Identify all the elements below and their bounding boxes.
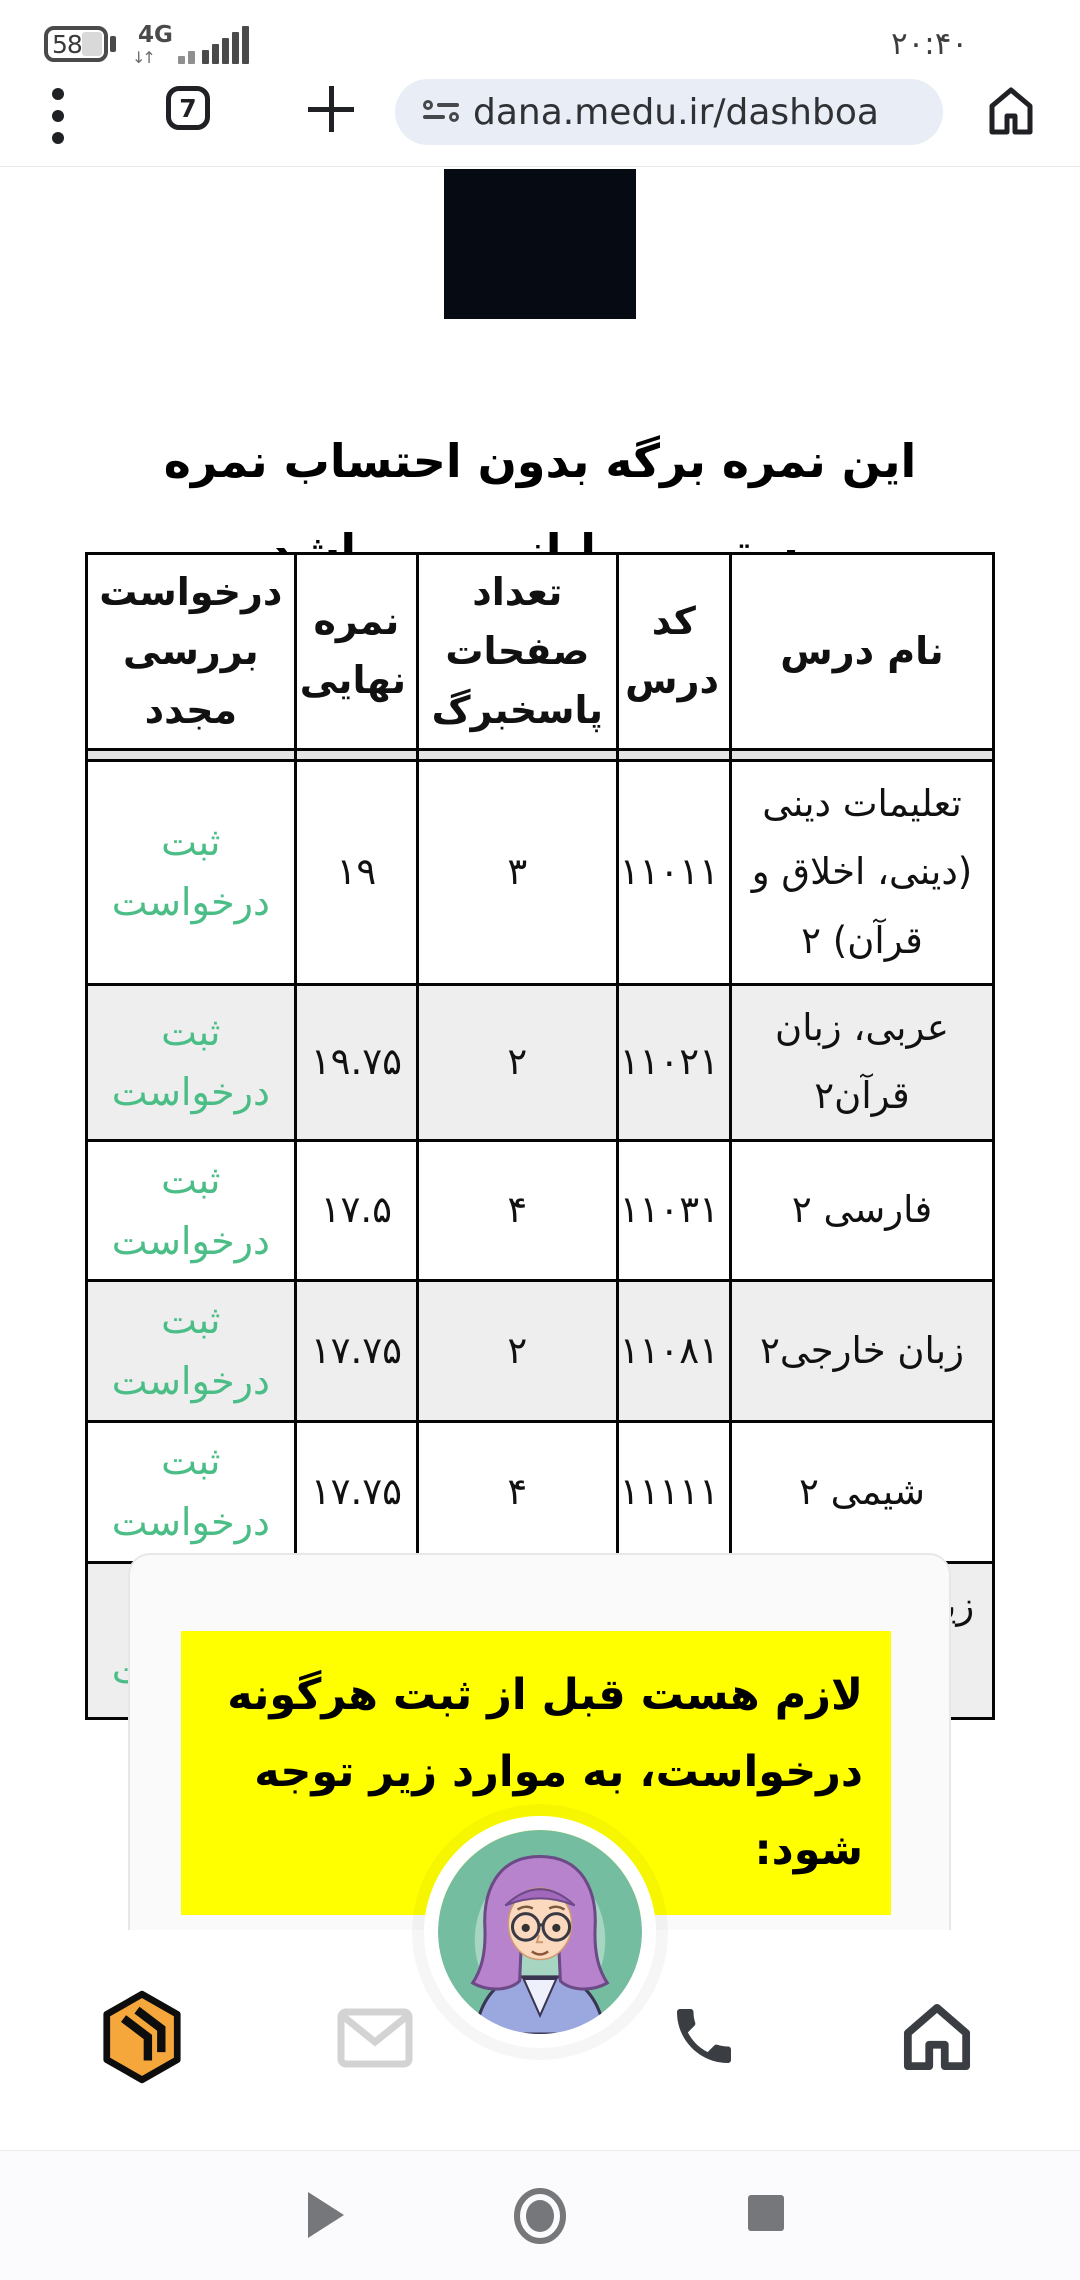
url-text: dana.medu.ir/dashboa	[473, 92, 879, 133]
android-recents-button[interactable]	[748, 2195, 784, 2231]
column-header: نمره نهایی	[295, 554, 417, 750]
request-review-link[interactable]: ثبت درخواست	[87, 1422, 296, 1563]
column-header: نام درس	[730, 554, 993, 750]
course-name-cell: عربی، زبان قرآن۲	[730, 984, 993, 1140]
android-nav-bar	[0, 2150, 1080, 2280]
battery-icon: 58	[44, 26, 108, 62]
course-name-cell: تعلیمات دینی (دینی، اخلاق و قرآن) ۲	[730, 760, 993, 984]
grades-table-header: نام درسکد درستعداد صفحات پاسخبرگنمره نها…	[87, 554, 994, 750]
mail-icon[interactable]	[337, 2008, 413, 2072]
signal-bars-icon	[178, 24, 258, 64]
table-row: عربی، زبان قرآن۲۱۱۰۲۱۲۱۹.۷۵ثبت درخواست	[87, 984, 994, 1140]
final-grade-cell: ۱۷.۷۵	[295, 1422, 417, 1563]
request-review-link[interactable]: ثبت درخواست	[87, 1140, 296, 1281]
android-back-button[interactable]	[308, 2192, 344, 2242]
table-row: فارسی ۲۱۱۰۳۱۴۱۷.۵ثبت درخواست	[87, 1140, 994, 1281]
pages-count-cell: ۲	[418, 1281, 618, 1422]
phone-icon[interactable]	[668, 2000, 740, 2076]
web-page: این نمره برگه بدون احتساب نمره مستمر و پ…	[0, 167, 1080, 1930]
request-review-link[interactable]: ثبت درخواست	[87, 760, 296, 984]
clock: ۲۰:۴۰	[891, 26, 968, 62]
course-name-cell: فارسی ۲	[730, 1140, 993, 1281]
menu-kebab-icon[interactable]	[52, 88, 66, 148]
android-home-button[interactable]	[513, 2188, 567, 2248]
table-row: تعلیمات دینی (دینی، اخلاق و قرآن) ۲۱۱۰۱۱…	[87, 760, 994, 984]
site-settings-icon[interactable]	[423, 101, 459, 123]
course-code-cell: ۱۱۰۳۱	[617, 1140, 730, 1281]
pages-count-cell: ۴	[418, 1140, 618, 1281]
course-code-cell: ۱۱۰۸۱	[617, 1281, 730, 1422]
profile-avatar[interactable]	[438, 1830, 642, 2034]
final-grade-cell: ۱۹.۷۵	[295, 984, 417, 1140]
pages-count-cell: ۳	[418, 760, 618, 984]
browser-home-button[interactable]	[982, 82, 1040, 140]
course-code-cell: ۱۱۱۱۱	[617, 1422, 730, 1563]
course-code-cell: ۱۱۰۲۱	[617, 984, 730, 1140]
request-review-link[interactable]: ثبت درخواست	[87, 984, 296, 1140]
data-arrows-icon: ↓↑	[132, 48, 153, 67]
grades-table: نام درسکد درستعداد صفحات پاسخبرگنمره نها…	[85, 552, 995, 1720]
network-indicator: 4G ↓↑	[138, 22, 173, 48]
column-header: تعداد صفحات پاسخبرگ	[418, 554, 618, 750]
final-grade-cell: ۱۷.۵	[295, 1140, 417, 1281]
final-grade-cell: ۱۹	[295, 760, 417, 984]
table-row: زبان خارجی۲۱۱۰۸۱۲۱۷.۷۵ثبت درخواست	[87, 1281, 994, 1422]
battery-percent: 58	[52, 30, 82, 59]
column-header: درخواست بررسی مجدد	[87, 554, 296, 750]
tab-switcher-button[interactable]: 7	[166, 86, 210, 130]
browser-toolbar: 7 dana.medu.ir/dashboa	[0, 70, 1080, 167]
request-review-link[interactable]: ثبت درخواست	[87, 1281, 296, 1422]
phone-screen: 58 4G ↓↑ ۲۰:۴۰ 7	[0, 0, 1080, 2280]
table-row: شیمی ۲۱۱۱۱۱۴۱۷.۷۵ثبت درخواست	[87, 1422, 994, 1563]
course-name-cell: شیمی ۲	[730, 1422, 993, 1563]
course-name-cell: زبان خارجی۲	[730, 1281, 993, 1422]
dana-logo-icon[interactable]	[100, 1990, 184, 2088]
pages-count-cell: ۴	[418, 1422, 618, 1563]
column-header: کد درس	[617, 554, 730, 750]
partially-scrolled-image	[444, 169, 636, 319]
home-nav-icon[interactable]	[898, 2002, 976, 2074]
url-bar[interactable]: dana.medu.ir/dashboa	[395, 79, 943, 145]
final-grade-cell: ۱۷.۷۵	[295, 1281, 417, 1422]
course-code-cell: ۱۱۰۱۱	[617, 760, 730, 984]
new-tab-button[interactable]	[308, 86, 354, 132]
status-bar: 58 4G ↓↑ ۲۰:۴۰	[0, 0, 1080, 70]
network-type-label: 4G	[138, 22, 173, 48]
pages-count-cell: ۲	[418, 984, 618, 1140]
tab-count: 7	[179, 94, 196, 123]
battery-nub	[110, 36, 116, 52]
